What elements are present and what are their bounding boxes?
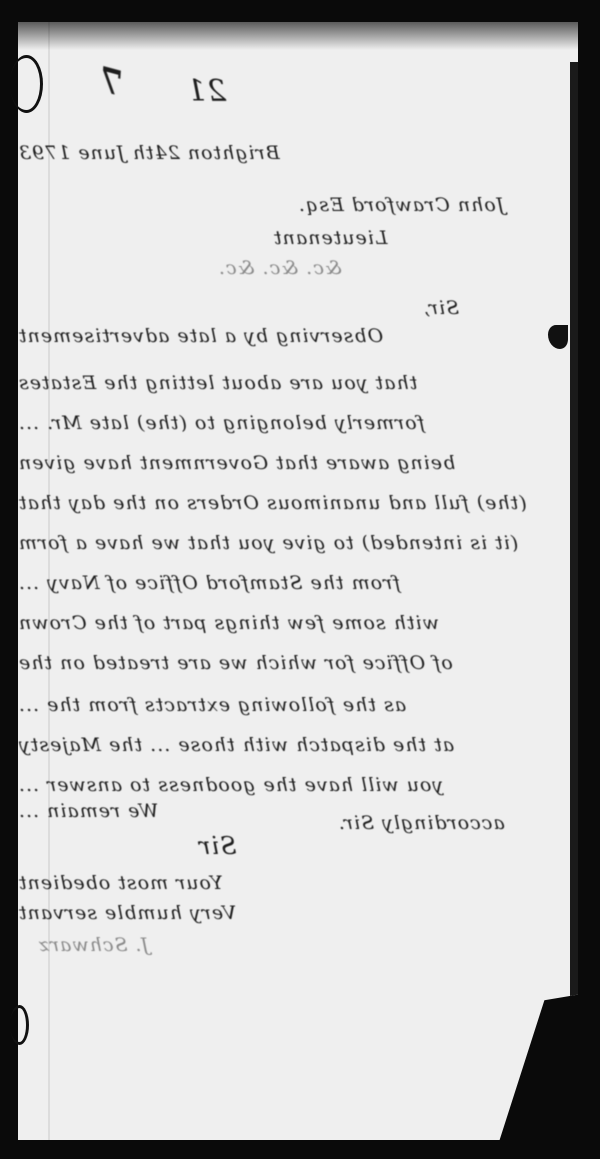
- salutation: Sir,: [423, 297, 459, 319]
- signature: J. Schwarz: [38, 934, 149, 956]
- closing: Sir: [198, 832, 237, 860]
- dateline: Brighton 24th June 1793: [18, 142, 280, 164]
- body-line: you will have the goodness to answer ...: [18, 774, 443, 796]
- page-edge: [570, 62, 578, 1102]
- body-line: of Office for which we are treated on th…: [18, 652, 453, 674]
- body-line: formerly belonging to (the) late Mr. ...: [18, 412, 425, 434]
- body-line: at the dispatch with those ... the Majes…: [18, 734, 454, 756]
- margin-circle-mark: [10, 55, 43, 113]
- margin-circle-mark: [10, 1005, 29, 1045]
- addressee-etc: &c. &c. &c.: [218, 257, 342, 279]
- body-line: as the following extracts from the ...: [18, 694, 406, 716]
- signoff-line: Your most obedient: [18, 872, 223, 894]
- signoff-line: Very humble servant: [18, 902, 236, 924]
- body-line: (it is intended) to give you that we hav…: [18, 532, 518, 554]
- page-shadow: [18, 22, 578, 50]
- addressee-name: John Crawford Esq.: [298, 194, 504, 216]
- letter-page: 7 21 Brighton 24th June 1793 John Crawfo…: [18, 22, 578, 1140]
- addressee-title: Lieutenant: [273, 227, 388, 249]
- margin-mark: 7: [93, 59, 127, 104]
- body-line: that you are about letting the Estates: [18, 372, 417, 394]
- body-line: We remain ...: [18, 800, 158, 822]
- page-number: 21: [186, 74, 226, 109]
- body-line: Observing by a late advertisement: [18, 325, 383, 347]
- body-line: being aware that Government have given: [18, 452, 455, 474]
- body-line: accordingly Sir.: [338, 812, 505, 834]
- body-line: (the) full and unanimous Orders on the d…: [18, 492, 527, 514]
- body-line: from the Stamford Office of Navy ...: [18, 572, 400, 594]
- body-line: with some few things part of the Crown: [18, 612, 439, 634]
